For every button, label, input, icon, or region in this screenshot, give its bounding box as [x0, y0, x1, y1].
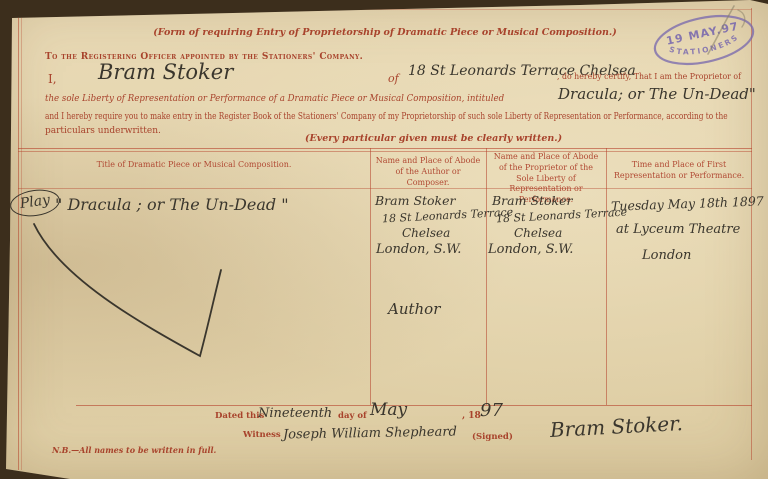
- author-address-line-1: 18 St Leonards Terrace: [382, 206, 514, 226]
- proprietor-name-line: Bram Stoker: [492, 193, 573, 208]
- nb-note: N.B.—All names to be written in full.: [52, 445, 216, 455]
- top-border-line: [130, 9, 752, 10]
- dated-day-handwritten: Nineteenth: [258, 406, 332, 421]
- header-author-column: Name and Place of Abode of the Author or…: [373, 156, 483, 188]
- registration-form-paper: (Form of requiring Entry of Proprietorsh…: [0, 0, 768, 479]
- day-of-label: day of: [338, 411, 367, 421]
- certify-text: , do hereby certify, That I am the Propr…: [557, 72, 741, 82]
- entry-request-text: and I hereby require you to make entry i…: [45, 112, 728, 122]
- header-title-column: Title of Dramatic Piece or Musical Compo…: [20, 160, 368, 171]
- author-role-handwritten: Author: [388, 300, 440, 318]
- dated-this-label: Dated this: [215, 411, 264, 421]
- signature-handwritten: Bram Stoker.: [549, 411, 683, 442]
- year-handwritten: 97: [480, 400, 503, 421]
- particulars-text: particulars underwritten.: [45, 126, 161, 136]
- liberty-clause-text: the sole Liberty of Representation or Pe…: [45, 93, 504, 104]
- proprietor-address-line-3: London, S.W.: [488, 242, 573, 257]
- table-bottom-line: [76, 405, 752, 406]
- author-address-line-2: Chelsea: [402, 226, 450, 240]
- performance-place-line: at Lyceum Theatre: [616, 222, 740, 237]
- form-heading: (Form of requiring Entry of Proprietorsh…: [18, 27, 752, 38]
- author-name-line: Bram Stoker: [375, 193, 456, 208]
- dated-month-handwritten: May: [370, 400, 407, 420]
- table-vertical-rule-1: [370, 148, 371, 405]
- ink-flourish-mark: [20, 218, 230, 363]
- performance-city-line: London: [642, 248, 691, 263]
- proprietor-address-line-1: 18 St Leonards Terrace: [496, 206, 628, 226]
- table-vertical-rule-2: [486, 148, 487, 405]
- i-label: I,: [48, 72, 57, 86]
- author-address-line-3: London, S.W.: [376, 242, 461, 257]
- header-performance-column: Time and Place of First Representation o…: [609, 160, 749, 182]
- table-vertical-rule-3: [606, 148, 607, 405]
- table-top-line-2: [18, 151, 752, 152]
- witness-name-handwritten: Joseph William Shepheard: [283, 424, 457, 442]
- category-circled-handwritten: Play: [8, 187, 61, 220]
- left-border-line: [18, 12, 19, 470]
- title-entry-handwritten: " Dracula ; or The Un-Dead ": [55, 195, 289, 214]
- performance-date-line: Tuesday May 18th 1897: [611, 193, 764, 213]
- scanned-document-photo: (Form of requiring Entry of Proprietorsh…: [0, 0, 768, 479]
- work-title-handwritten: Dracula; or The Un-Dead": [558, 85, 756, 103]
- clearly-written-notice: (Every particular given must be clearly …: [305, 133, 562, 144]
- table-top-line: [18, 148, 752, 149]
- of-label: of: [388, 72, 399, 85]
- right-border-line: [751, 8, 752, 460]
- proprietor-name-handwritten: Bram Stoker: [98, 60, 233, 84]
- proprietor-address-line-2: Chelsea: [514, 226, 562, 240]
- year-printed-prefix: , 18: [462, 411, 481, 421]
- signed-label: (Signed): [472, 432, 513, 442]
- witness-label: Witness: [243, 430, 281, 440]
- pencil-mark: [690, 2, 760, 58]
